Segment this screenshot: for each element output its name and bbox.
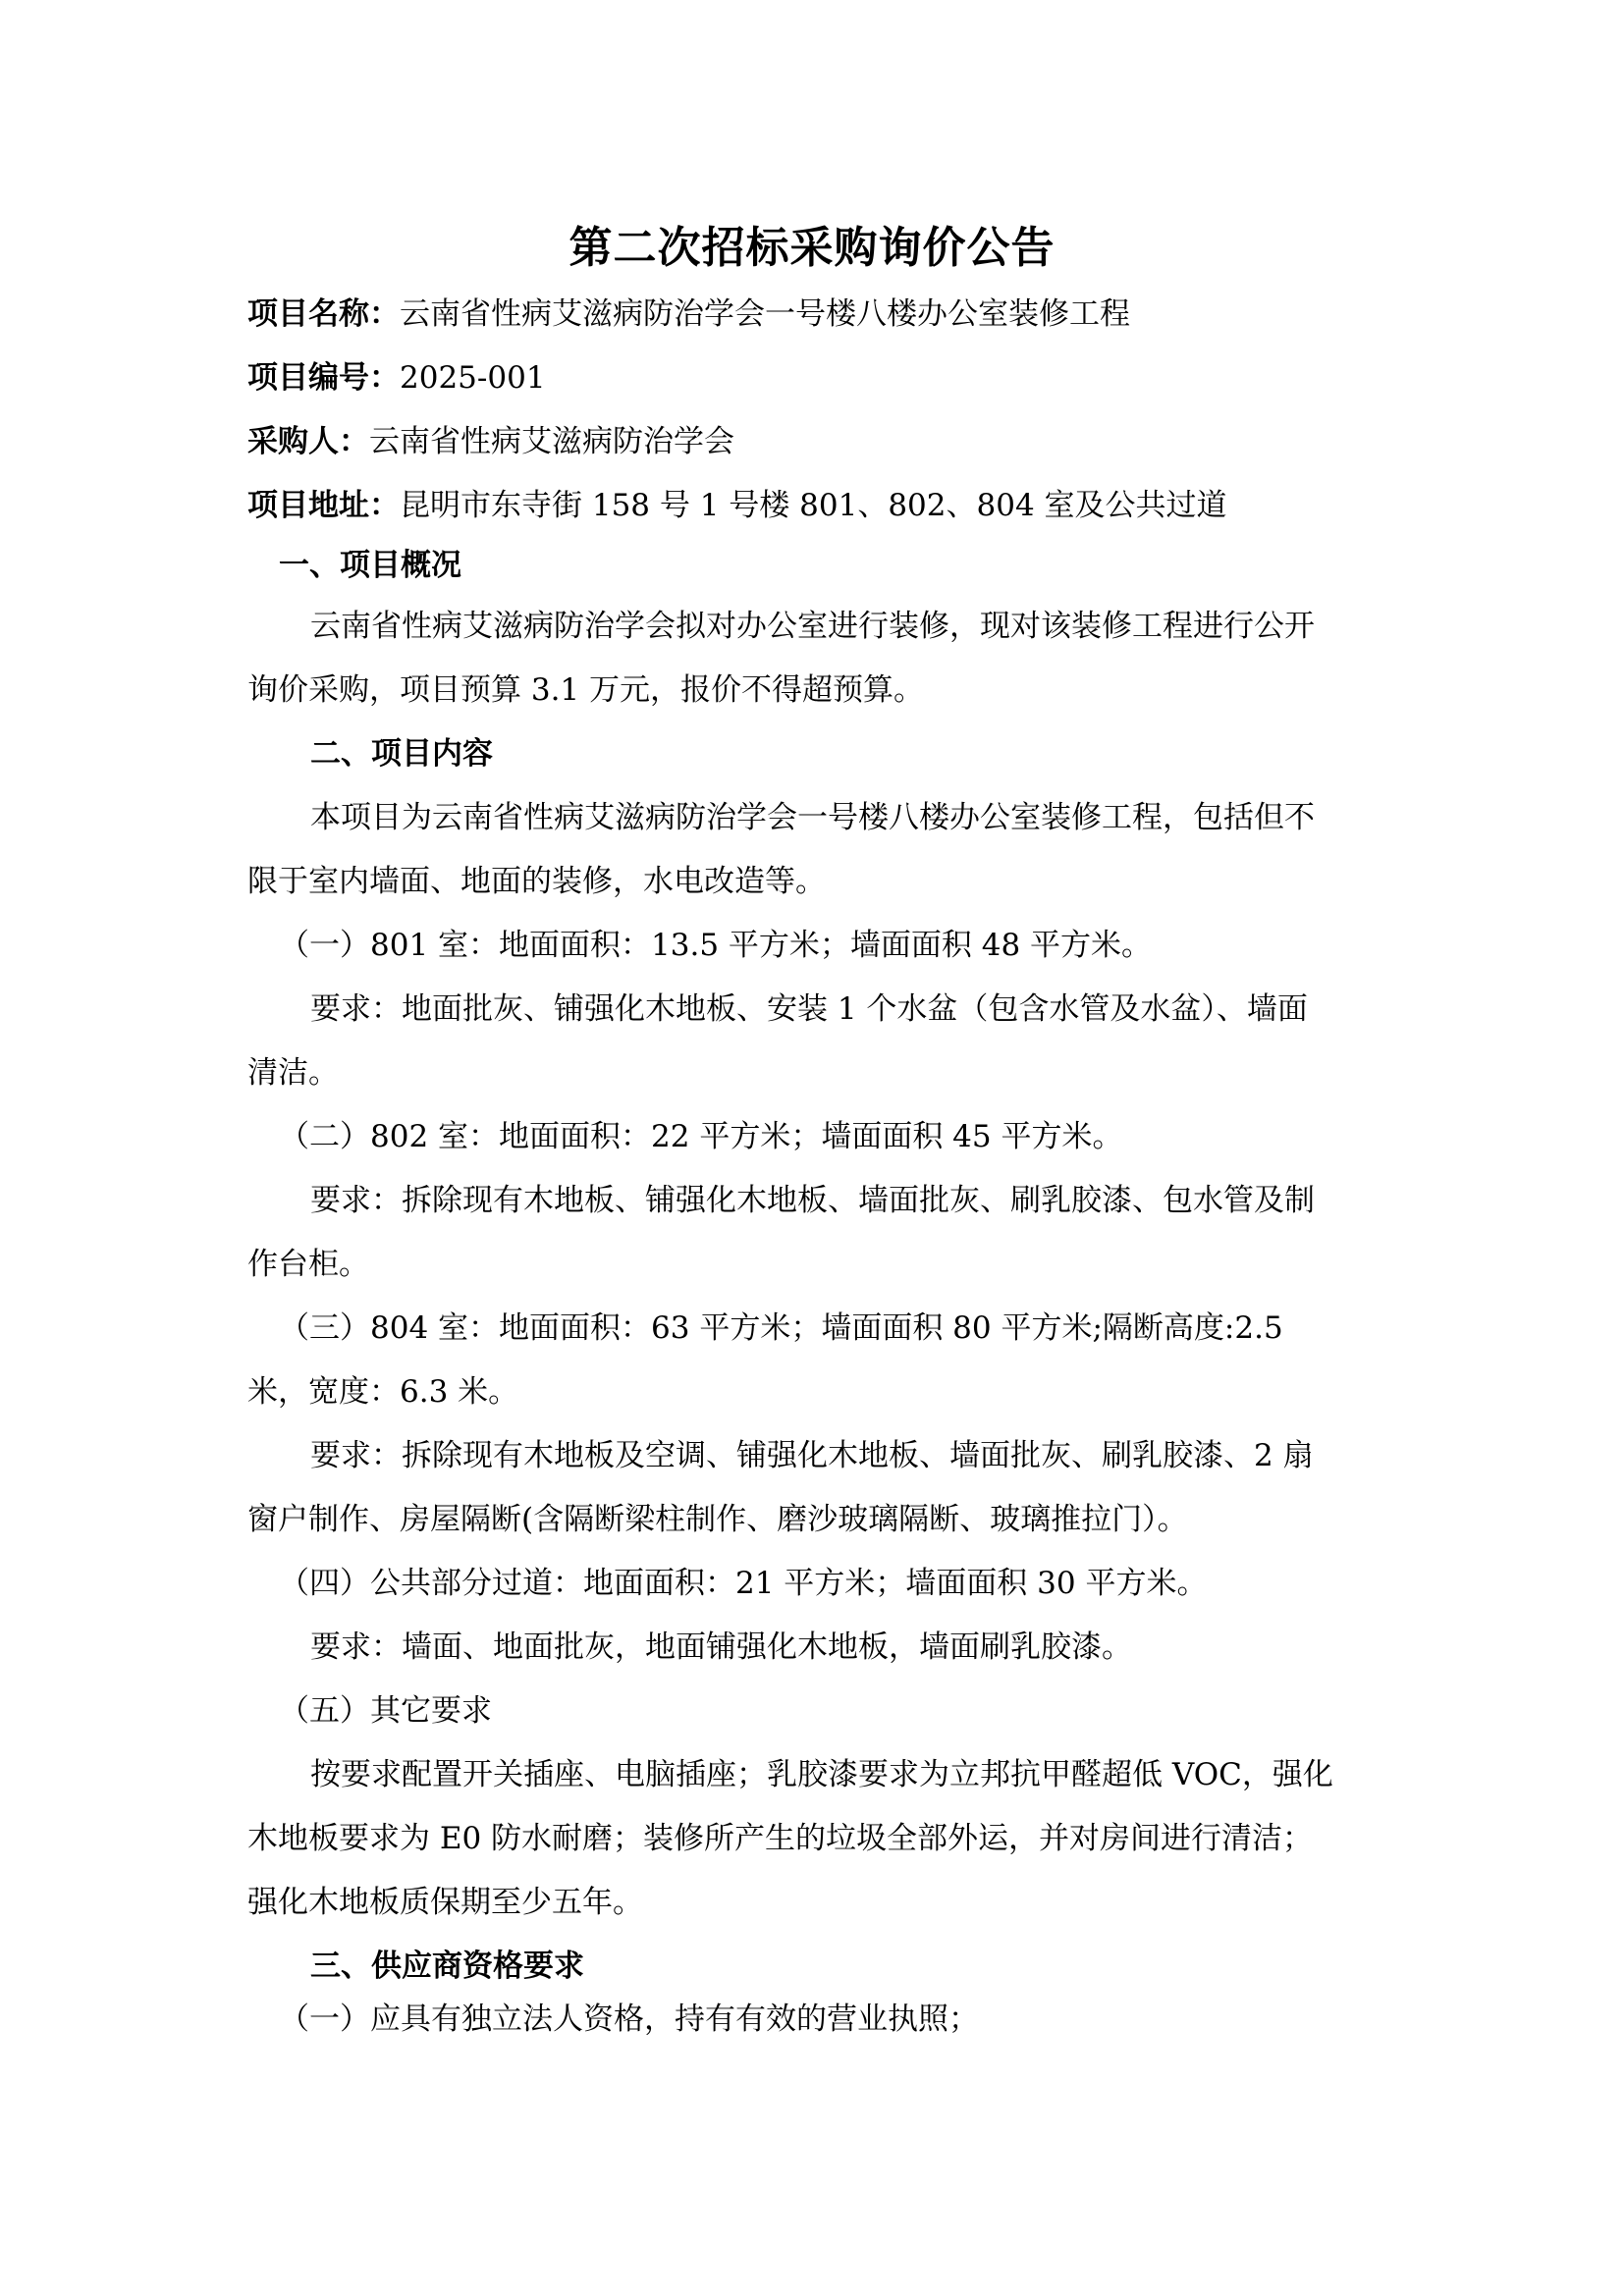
section-heading-overview: 一、项目概况 <box>279 546 1418 585</box>
section-heading-content: 二、项目内容 <box>310 734 1449 774</box>
info-project-address: 项目地址：昆明市东寺街 158 号 1 号楼 801、802、804 室及公共过… <box>247 486 1386 525</box>
document-title: 第二次招标采购询价公告 <box>0 212 1624 275</box>
info-label: 采购人： <box>247 424 369 459</box>
room-801-spec: （一）801 室：地面面积：13.5 平方米；墙面面积 48 平方米。 <box>279 926 1418 965</box>
info-project-name: 项目名称：云南省性病艾滋病防治学会一号楼八楼办公室装修工程 <box>247 294 1386 334</box>
info-label: 项目编号： <box>247 360 400 396</box>
paragraph-line: 限于室内墙面、地面的装修，水电改造等。 <box>247 862 1386 901</box>
paragraph-line: 云南省性病艾滋病防治学会拟对办公室进行装修，现对该装修工程进行公开 <box>310 607 1449 646</box>
room-804-requirement: 要求：拆除现有木地板及空调、铺强化木地板、墙面批灰、刷乳胶漆、2 扇 <box>310 1436 1449 1475</box>
paragraph-line: 木地板要求为 E0 防水耐磨；装修所产生的垃圾全部外运，并对房间进行清洁； <box>247 1819 1386 1858</box>
info-purchaser: 采购人：云南省性病艾滋病防治学会 <box>247 422 1386 461</box>
qualification-item: （一）应具有独立法人资格，持有有效的营业执照； <box>279 2000 1418 2039</box>
info-value: 2025-001 <box>400 360 546 396</box>
info-value: 云南省性病艾滋病防治学会一号楼八楼办公室装修工程 <box>400 296 1130 332</box>
document-page: 第二次招标采购询价公告 项目名称：云南省性病艾滋病防治学会一号楼八楼办公室装修工… <box>0 0 1624 2296</box>
paragraph-line: 本项目为云南省性病艾滋病防治学会一号楼八楼办公室装修工程，包括但不 <box>310 798 1449 837</box>
room-801-requirement: 要求：地面批灰、铺强化木地板、安装 1 个水盆（包含水管及水盆）、墙面 <box>310 989 1449 1029</box>
room-804-requirement-cont: 窗户制作、房屋隔断(含隔断梁柱制作、磨沙玻璃隔断、玻璃推拉门）。 <box>247 1500 1386 1539</box>
other-requirements-heading: （五）其它要求 <box>279 1691 1418 1731</box>
info-label: 项目地址： <box>247 488 400 523</box>
room-801-requirement-cont: 清洁。 <box>247 1053 1386 1093</box>
info-label: 项目名称： <box>247 296 400 332</box>
corridor-requirement: 要求：墙面、地面批灰，地面铺强化木地板，墙面刷乳胶漆。 <box>310 1628 1449 1667</box>
info-value: 昆明市东寺街 158 号 1 号楼 801、802、804 室及公共过道 <box>400 488 1227 523</box>
paragraph-line: 按要求配置开关插座、电脑插座；乳胶漆要求为立邦抗甲醛超低 VOC，强化 <box>310 1755 1449 1794</box>
room-804-spec-cont: 米，宽度：6.3 米。 <box>247 1372 1386 1412</box>
paragraph-line: 强化木地板质保期至少五年。 <box>247 1883 1386 1922</box>
info-value: 云南省性病艾滋病防治学会 <box>369 424 734 459</box>
corridor-spec: （四）公共部分过道：地面面积：21 平方米；墙面面积 30 平方米。 <box>279 1564 1418 1603</box>
room-802-spec: （二）802 室：地面面积：22 平方米；墙面面积 45 平方米。 <box>279 1117 1418 1156</box>
paragraph-line: 询价采购，项目预算 3.1 万元，报价不得超预算。 <box>247 670 1386 710</box>
room-804-spec: （三）804 室：地面面积：63 平方米；墙面面积 80 平方米;隔断高度:2.… <box>279 1308 1418 1348</box>
info-project-number: 项目编号：2025-001 <box>247 358 1386 398</box>
room-802-requirement: 要求：拆除现有木地板、铺强化木地板、墙面批灰、刷乳胶漆、包水管及制 <box>310 1181 1449 1220</box>
section-heading-supplier-qualifications: 三、供应商资格要求 <box>310 1947 1449 1986</box>
room-802-requirement-cont: 作台柜。 <box>247 1245 1386 1284</box>
